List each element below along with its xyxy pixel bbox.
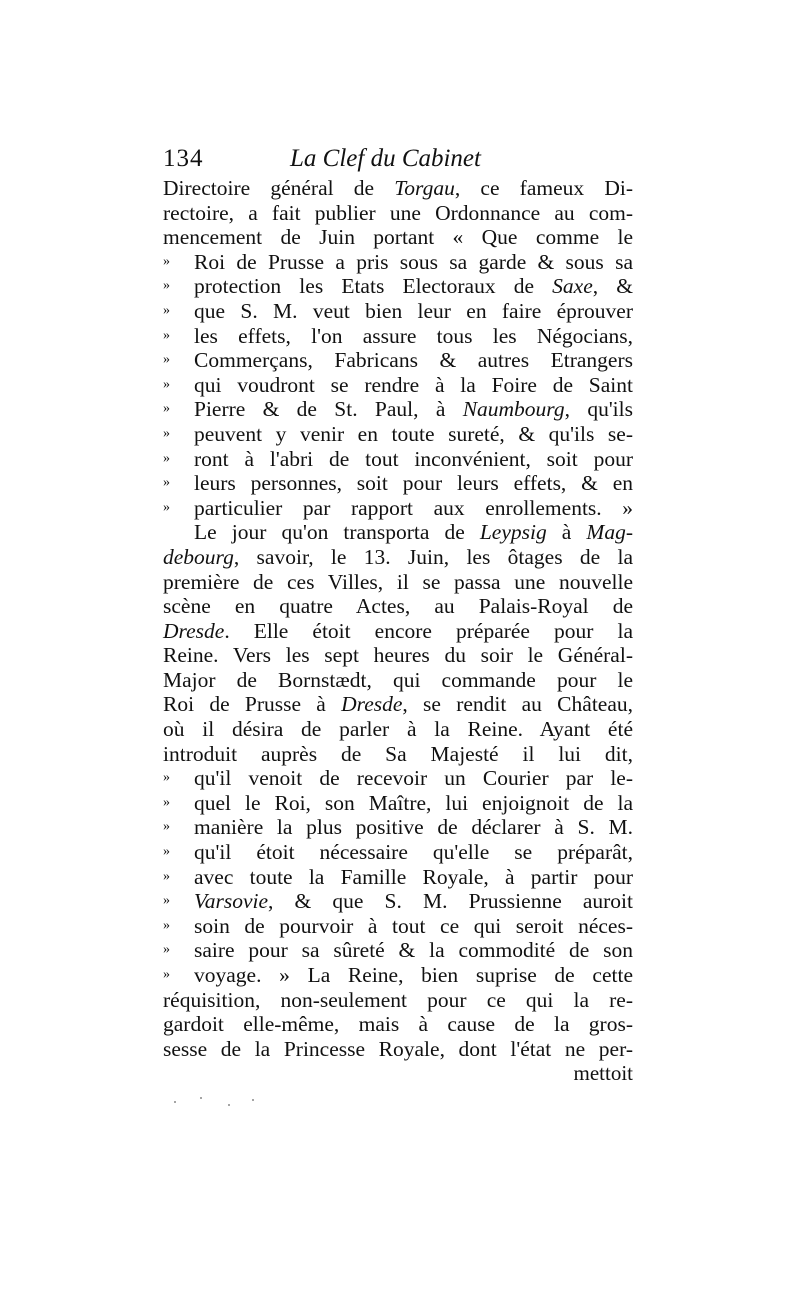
line-text: première de ces Villes, il se passa une … — [163, 570, 633, 594]
quote-mark: » — [163, 274, 170, 299]
text-line: »avec toute la Famille Royale, à partir … — [163, 865, 633, 890]
line-text: Dresde. Elle étoit encore préparée pour … — [163, 619, 633, 643]
line-text: Varsovie, & que S. M. Prussienne auroit — [194, 889, 633, 913]
text-line: »que S. M. veut bien leur en faire éprou… — [163, 299, 633, 324]
text-line: rectoire, a fait publier une Ordonnance … — [163, 201, 633, 226]
line-text: gardoit elle-même, mais à cause de la gr… — [163, 1012, 633, 1036]
text-line: Directoire général de Torgau, ce fameux … — [163, 176, 633, 201]
quote-mark: » — [163, 865, 170, 890]
quote-mark: » — [163, 496, 170, 521]
text-line: »Roi de Prusse a pris sous sa garde & so… — [163, 250, 633, 275]
quote-mark: » — [163, 348, 170, 373]
quote-mark: » — [163, 324, 170, 349]
quote-mark: » — [163, 471, 170, 496]
quote-mark: » — [163, 938, 170, 963]
print-specks — [170, 1095, 260, 1115]
line-text: Le jour qu'on transporta de Leypsig à Ma… — [194, 520, 633, 544]
line-text: particulier par rapport aux enrollements… — [194, 496, 633, 520]
text-line: »manière la plus positive de déclarer à … — [163, 815, 633, 840]
line-text: Commerçans, Fabricans & autres Etrangers — [194, 348, 633, 372]
text-line: scène en quatre Actes, au Palais-Royal d… — [163, 594, 633, 619]
text-line: Dresde. Elle étoit encore préparée pour … — [163, 619, 633, 644]
quote-mark: » — [163, 791, 170, 816]
line-text: Roi de Prusse à Dresde, se rendit au Châ… — [163, 692, 633, 716]
quote-mark: » — [163, 422, 170, 447]
text-line: »ront à l'abri de tout inconvénient, soi… — [163, 447, 633, 472]
line-text: réquisition, non-seulement pour ce qui l… — [163, 988, 633, 1012]
text-line: »Pierre & de St. Paul, à Naumbourg, qu'i… — [163, 397, 633, 422]
quote-mark: » — [163, 815, 170, 840]
line-text: voyage. » La Reine, bien suprise de cett… — [194, 963, 633, 987]
text-line: Reine. Vers les sept heures du soir le G… — [163, 643, 633, 668]
text-line: »soin de pourvoir à tout ce qui seroit n… — [163, 914, 633, 939]
line-text: introduit auprès de Sa Majesté il lui di… — [163, 742, 633, 766]
body-text: Directoire général de Torgau, ce fameux … — [163, 176, 633, 1061]
text-line: »protection les Etats Electoraux de Saxe… — [163, 274, 633, 299]
text-line: introduit auprès de Sa Majesté il lui di… — [163, 742, 633, 767]
text-line: »Commerçans, Fabricans & autres Etranger… — [163, 348, 633, 373]
line-text: manière la plus positive de déclarer à S… — [194, 815, 633, 839]
page-number: 134 — [163, 142, 204, 176]
quote-mark: » — [163, 397, 170, 422]
line-text: Major de Bornstædt, qui commande pour le — [163, 668, 633, 692]
line-text: sesse de la Princesse Royale, dont l'éta… — [163, 1037, 633, 1061]
text-line: Roi de Prusse à Dresde, se rendit au Châ… — [163, 692, 633, 717]
text-line: debourg, savoir, le 13. Juin, les ôtages… — [163, 545, 633, 570]
line-text: Roi de Prusse a pris sous sa garde & sou… — [194, 250, 633, 274]
text-line: »Varsovie, & que S. M. Prussienne auroit — [163, 889, 633, 914]
text-line: Major de Bornstædt, qui commande pour le — [163, 668, 633, 693]
line-text: avec toute la Famille Royale, à partir p… — [194, 865, 633, 889]
text-line: »qu'il étoit nécessaire qu'elle se prépa… — [163, 840, 633, 865]
text-line: Le jour qu'on transporta de Leypsig à Ma… — [163, 520, 633, 545]
line-text: peuvent y venir en toute sureté, & qu'il… — [194, 422, 633, 446]
text-line: »saire pour sa sûreté & la commodité de … — [163, 938, 633, 963]
quote-mark: » — [163, 373, 170, 398]
line-text: que S. M. veut bien leur en faire éprouv… — [194, 299, 633, 323]
page-header: 134 La Clef du Cabinet — [163, 142, 633, 176]
line-text: mencement de Juin portant « Que comme le — [163, 225, 633, 249]
quote-mark: » — [163, 250, 170, 275]
catchword: mettoit — [163, 1061, 633, 1085]
line-text: les effets, l'on assure tous les Négocia… — [194, 324, 633, 348]
text-line: gardoit elle-même, mais à cause de la gr… — [163, 1012, 633, 1037]
line-text: qui voudront se rendre à la Foire de Sai… — [194, 373, 633, 397]
line-text: scène en quatre Actes, au Palais-Royal d… — [163, 594, 633, 618]
book-page: 134 La Clef du Cabinet Directoire généra… — [163, 142, 633, 1085]
line-text: qu'il étoit nécessaire qu'elle se prépar… — [194, 840, 633, 864]
line-text: saire pour sa sûreté & la commodité de s… — [194, 938, 633, 962]
line-text: debourg, savoir, le 13. Juin, les ôtages… — [163, 545, 633, 569]
line-text: quel le Roi, son Maître, lui enjoignoit … — [194, 791, 633, 815]
line-text: leurs personnes, soit pour leurs effets,… — [194, 471, 633, 495]
quote-mark: » — [163, 963, 170, 988]
line-text: Directoire général de Torgau, ce fameux … — [163, 176, 633, 200]
text-line: »leurs personnes, soit pour leurs effets… — [163, 471, 633, 496]
line-text: soin de pourvoir à tout ce qui seroit né… — [194, 914, 633, 938]
text-line: »voyage. » La Reine, bien suprise de cet… — [163, 963, 633, 988]
text-line: »qu'il venoit de recevoir un Courier par… — [163, 766, 633, 791]
quote-mark: » — [163, 840, 170, 865]
text-line: réquisition, non-seulement pour ce qui l… — [163, 988, 633, 1013]
line-text: ront à l'abri de tout inconvénient, soit… — [194, 447, 633, 471]
quote-mark: » — [163, 299, 170, 324]
line-text: Reine. Vers les sept heures du soir le G… — [163, 643, 633, 667]
running-title: La Clef du Cabinet — [290, 142, 481, 176]
text-line: »quel le Roi, son Maître, lui enjoignoit… — [163, 791, 633, 816]
text-line: première de ces Villes, il se passa une … — [163, 570, 633, 595]
quote-mark: » — [163, 914, 170, 939]
line-text: qu'il venoit de recevoir un Courier par … — [194, 766, 633, 790]
line-text: Pierre & de St. Paul, à Naumbourg, qu'il… — [194, 397, 633, 421]
line-text: rectoire, a fait publier une Ordonnance … — [163, 201, 633, 225]
text-line: où il désira de parler à la Reine. Ayant… — [163, 717, 633, 742]
line-text: protection les Etats Electoraux de Saxe,… — [194, 274, 633, 298]
line-text: où il désira de parler à la Reine. Ayant… — [163, 717, 633, 741]
text-line: sesse de la Princesse Royale, dont l'éta… — [163, 1037, 633, 1062]
quote-mark: » — [163, 447, 170, 472]
quote-mark: » — [163, 766, 170, 791]
text-line: »particulier par rapport aux enrollement… — [163, 496, 633, 521]
text-line: mencement de Juin portant « Que comme le — [163, 225, 633, 250]
quote-mark: » — [163, 889, 170, 914]
text-line: »peuvent y venir en toute sureté, & qu'i… — [163, 422, 633, 447]
text-line: »les effets, l'on assure tous les Négoci… — [163, 324, 633, 349]
text-line: »qui voudront se rendre à la Foire de Sa… — [163, 373, 633, 398]
